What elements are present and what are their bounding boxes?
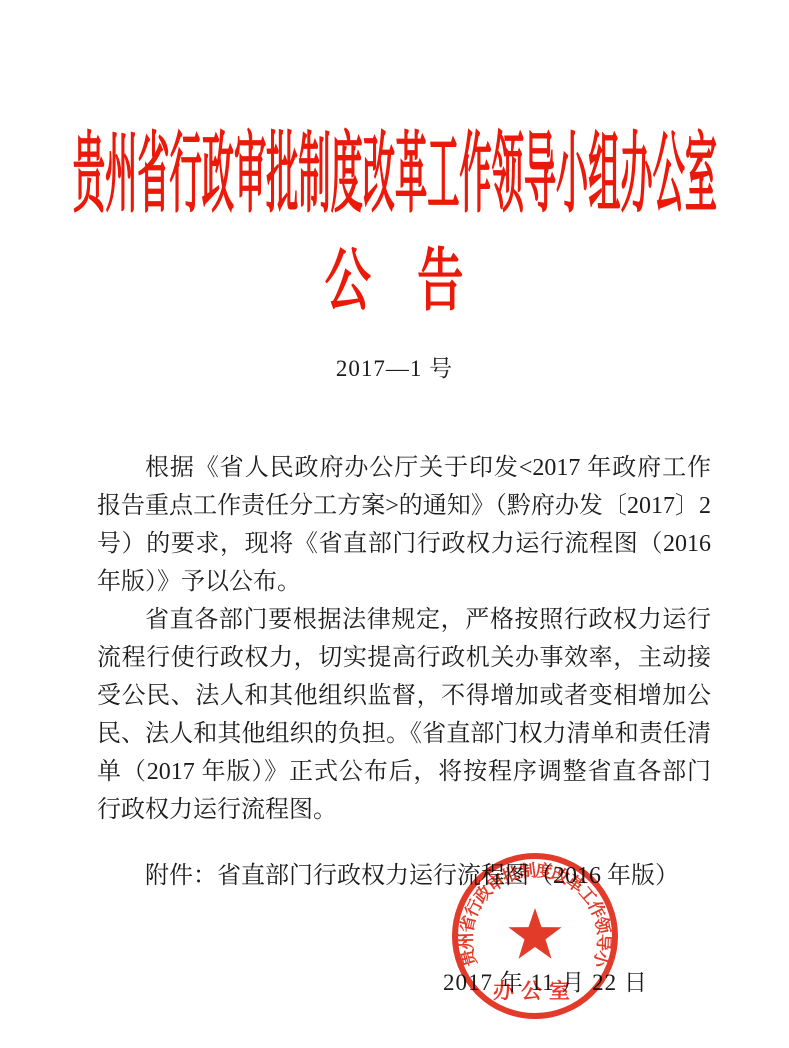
official-seal: 贵州省行政审批制度改革工作领导小组 办公室 bbox=[447, 848, 623, 1024]
body-paragraph: 根据《省人民政府办公厅关于印发<2017 年政府工作报告重点工作责任分工方案>的… bbox=[97, 449, 711, 601]
document-type-heading-row: 公 告 bbox=[0, 242, 789, 320]
announcement-heading: 公 告 bbox=[325, 242, 464, 320]
seal-ring-text: 贵州省行政审批制度改革工作领导小组 bbox=[447, 848, 614, 971]
announcement-document: 贵州省行政审批制度改革工作领导小组办公室 公 告 2017—1 号 根据《省人民… bbox=[0, 0, 789, 1048]
issuing-office-title: 贵州省行政审批制度改革工作领导小组办公室 bbox=[72, 128, 716, 225]
star-icon bbox=[508, 908, 561, 959]
document-body: 根据《省人民政府办公厅关于印发<2017 年政府工作报告重点工作责任分工方案>的… bbox=[97, 449, 711, 895]
document-header: 贵州省行政审批制度改革工作领导小组办公室 bbox=[0, 128, 789, 225]
seal-bottom-text: 办公室 bbox=[493, 979, 577, 1003]
document-number: 2017—1 号 bbox=[0, 350, 789, 383]
body-paragraph: 省直各部门要根据法律规定，严格按照行政权力运行流程行使行政权力，切实提高行政机关… bbox=[97, 601, 711, 829]
